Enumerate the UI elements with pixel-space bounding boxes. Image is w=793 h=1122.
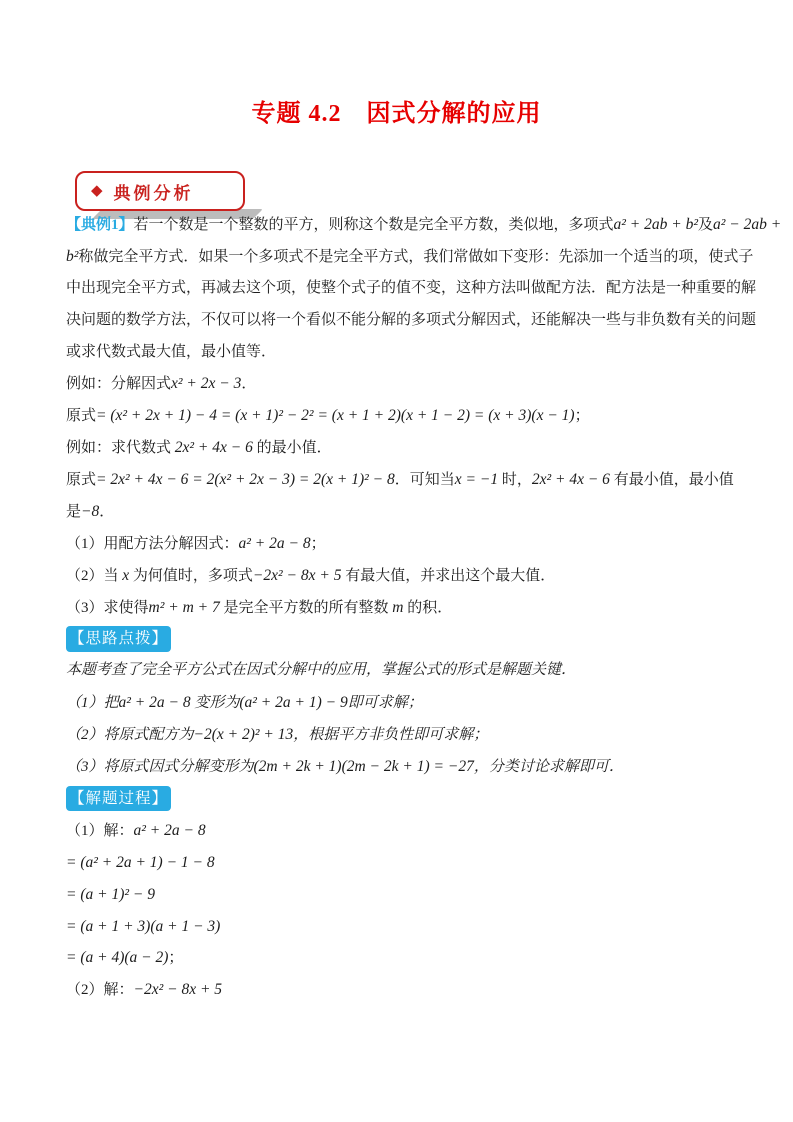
kai-text-run: ，根据平方非负性即可求解；	[293, 727, 488, 743]
text-line: 例如：分解因式x² + 2x − 3．	[66, 368, 746, 400]
math-run: m² + m + 7	[149, 599, 220, 616]
text-run: 是完全平方数的所有整数	[220, 600, 393, 616]
section-header: ◆ 典例分析	[75, 171, 245, 211]
text-line: b²称做完全平方式．如果一个多项式不是完全平方式，我们常做如下变形：先添加一个适…	[66, 241, 746, 273]
math-run: = (a + 4)(a − 2)	[66, 949, 168, 966]
text-line: 或求代数式最大值，最小值等．	[66, 337, 746, 369]
text-run: （1）解：	[66, 823, 134, 839]
text-run: 原式	[66, 408, 96, 424]
math-run: a² + 2a − 8	[134, 822, 206, 839]
text-run: 是	[66, 504, 81, 520]
text-line: 是−8．	[66, 496, 746, 528]
math-run: x² + 2x − 3	[171, 375, 241, 392]
text-line: = (a² + 2a + 1) − 1 − 8	[66, 847, 746, 879]
kai-text-run: （3）将原式因式分解变形为	[66, 759, 254, 775]
text-run: 有最小值，最小值	[610, 472, 734, 488]
math-run: m	[392, 599, 403, 616]
text-run: ．	[241, 376, 256, 392]
kai-text-run: ，分类讨论求解即可．	[474, 759, 624, 775]
math-run: a² + 2a − 8	[119, 694, 191, 711]
text-line: = (a + 1 + 3)(a + 1 − 3)	[66, 911, 746, 943]
text-run: ；	[311, 536, 326, 552]
text-run: 例如：求代数式	[66, 440, 175, 456]
text-line: 本题考查了完全平方公式在因式分解中的应用，掌握公式的形式是解题关键．	[66, 655, 746, 687]
math-run: (2m + 2k + 1)(2m − 2k + 1) = −27	[254, 758, 474, 775]
document-page: 专题 4.2 因式分解的应用 ◆ 典例分析 【典例1】若一个数是一个整数的平方，…	[0, 0, 793, 1122]
kai-text-run: 变形为	[191, 695, 240, 711]
text-run: 例如：分解因式	[66, 376, 171, 392]
text-line: （3）求使得m² + m + 7 是完全平方数的所有整数 m 的积．	[66, 592, 746, 624]
math-run: −2x² − 8x + 5	[253, 567, 342, 584]
solution-badge: 【解题过程】	[66, 786, 171, 812]
math-run: = (x² + 2x + 1) − 4 = (x + 1)² − 2² = (x…	[96, 407, 575, 424]
diamond-icon: ◆	[91, 184, 103, 199]
text-line: （2）将原式配方为−2(x + 2)² + 13，根据平方非负性即可求解；	[66, 719, 746, 751]
text-line: = (a + 4)(a − 2)；	[66, 942, 746, 974]
math-run: a² − 2ab +	[713, 216, 781, 233]
text-run: （2）当	[66, 568, 122, 584]
text-run: 的最小值．	[253, 440, 332, 456]
math-run: 2x² + 4x − 6	[532, 471, 610, 488]
text-run: 或求代数式最大值，最小值等．	[66, 344, 276, 360]
text-line: （2）当 x 为何值时，多项式−2x² − 8x + 5 有最大值，并求出这个最…	[66, 560, 746, 592]
math-run: (a² + 2a + 1) − 9	[239, 694, 347, 711]
text-line: （1）用配方法分解因式：a² + 2a − 8；	[66, 528, 746, 560]
text-run: （2）解：	[66, 982, 134, 998]
text-run: （1）用配方法分解因式：	[66, 536, 239, 552]
example-label: 【典例1】	[66, 217, 134, 233]
text-line: 决问题的数学方法，不仅可以将一个看似不能分解的多项式分解因式，还能解决一些与非负…	[66, 305, 746, 337]
page-title: 专题 4.2 因式分解的应用	[0, 93, 793, 128]
content-body: 【典例1】若一个数是一个整数的平方，则称这个数是完全平方数，类似地，多项式a² …	[66, 209, 746, 1006]
section-header-box: ◆ 典例分析	[75, 171, 245, 211]
text-line: 原式= 2x² + 4x − 6 = 2(x² + 2x − 3) = 2(x …	[66, 464, 746, 496]
text-line: 【典例1】若一个数是一个整数的平方，则称这个数是完全平方数，类似地，多项式a² …	[66, 209, 746, 241]
hint-badge: 【思路点拨】	[66, 626, 171, 652]
math-run: −8	[81, 503, 99, 520]
text-run: ．	[99, 504, 114, 520]
text-run: 称做完全平方式．如果一个多项式不是完全平方式，我们常做如下变形：先添加一个适当的…	[78, 249, 753, 265]
hint-badge-line: 【思路点拨】	[66, 624, 746, 656]
solution-badge-line: 【解题过程】	[66, 783, 746, 815]
kai-text-run: 即可求解；	[348, 695, 423, 711]
math-run: = 2x² + 4x − 6 = 2(x² + 2x − 3) = 2(x + …	[96, 471, 395, 488]
text-line: （1）把a² + 2a − 8 变形为(a² + 2a + 1) − 9即可求解…	[66, 687, 746, 719]
text-run: ；	[575, 408, 590, 424]
math-run: a² + 2ab + b²	[614, 216, 698, 233]
kai-text-run: （1）把	[66, 695, 119, 711]
text-run: 有最大值，并求出这个最大值．	[341, 568, 555, 584]
text-run: 原式	[66, 472, 96, 488]
kai-text-run: 本题考查了完全平方公式在因式分解中的应用，掌握公式的形式是解题关键．	[66, 662, 576, 678]
text-run: ．可知当	[395, 472, 455, 488]
math-run: x = −1	[455, 471, 498, 488]
math-run: = (a + 1 + 3)(a + 1 − 3)	[66, 918, 220, 935]
kai-text-run: （2）将原式配方为	[66, 727, 194, 743]
text-run: 为何值时，多项式	[129, 568, 253, 584]
text-run: 中出现完全平方式，再减去这个项，使整个式子的值不变，这种方法叫做配方法．配方法是…	[66, 280, 756, 296]
math-run: a² + 2a − 8	[239, 535, 311, 552]
math-run: = (a² + 2a + 1) − 1 − 8	[66, 854, 215, 871]
math-run: 2x² + 4x − 6	[175, 439, 253, 456]
text-line: （2）解：−2x² − 8x + 5	[66, 974, 746, 1006]
text-line: 中出现完全平方式，再减去这个项，使整个式子的值不变，这种方法叫做配方法．配方法是…	[66, 273, 746, 305]
section-header-label: 典例分析	[114, 179, 194, 204]
text-run: 决问题的数学方法，不仅可以将一个看似不能分解的多项式分解因式，还能解决一些与非负…	[66, 312, 756, 328]
text-run: ；	[168, 950, 183, 966]
text-line: 例如：求代数式 2x² + 4x − 6 的最小值．	[66, 432, 746, 464]
text-run: 及	[698, 217, 713, 233]
math-run: −2(x + 2)² + 13	[194, 726, 294, 743]
text-run: 时，	[498, 472, 532, 488]
text-run: 的积．	[403, 600, 452, 616]
text-line: （1）解：a² + 2a − 8	[66, 815, 746, 847]
text-run: 若一个数是一个整数的平方，则称这个数是完全平方数，类似地，多项式	[134, 217, 614, 233]
math-run: −2x² − 8x + 5	[134, 981, 223, 998]
text-line: （3）将原式因式分解变形为(2m + 2k + 1)(2m − 2k + 1) …	[66, 751, 746, 783]
math-run: = (a + 1)² − 9	[66, 886, 155, 903]
math-run: b²	[66, 248, 78, 265]
text-line: = (a + 1)² − 9	[66, 879, 746, 911]
text-run: （3）求使得	[66, 600, 149, 616]
text-line: 原式= (x² + 2x + 1) − 4 = (x + 1)² − 2² = …	[66, 400, 746, 432]
